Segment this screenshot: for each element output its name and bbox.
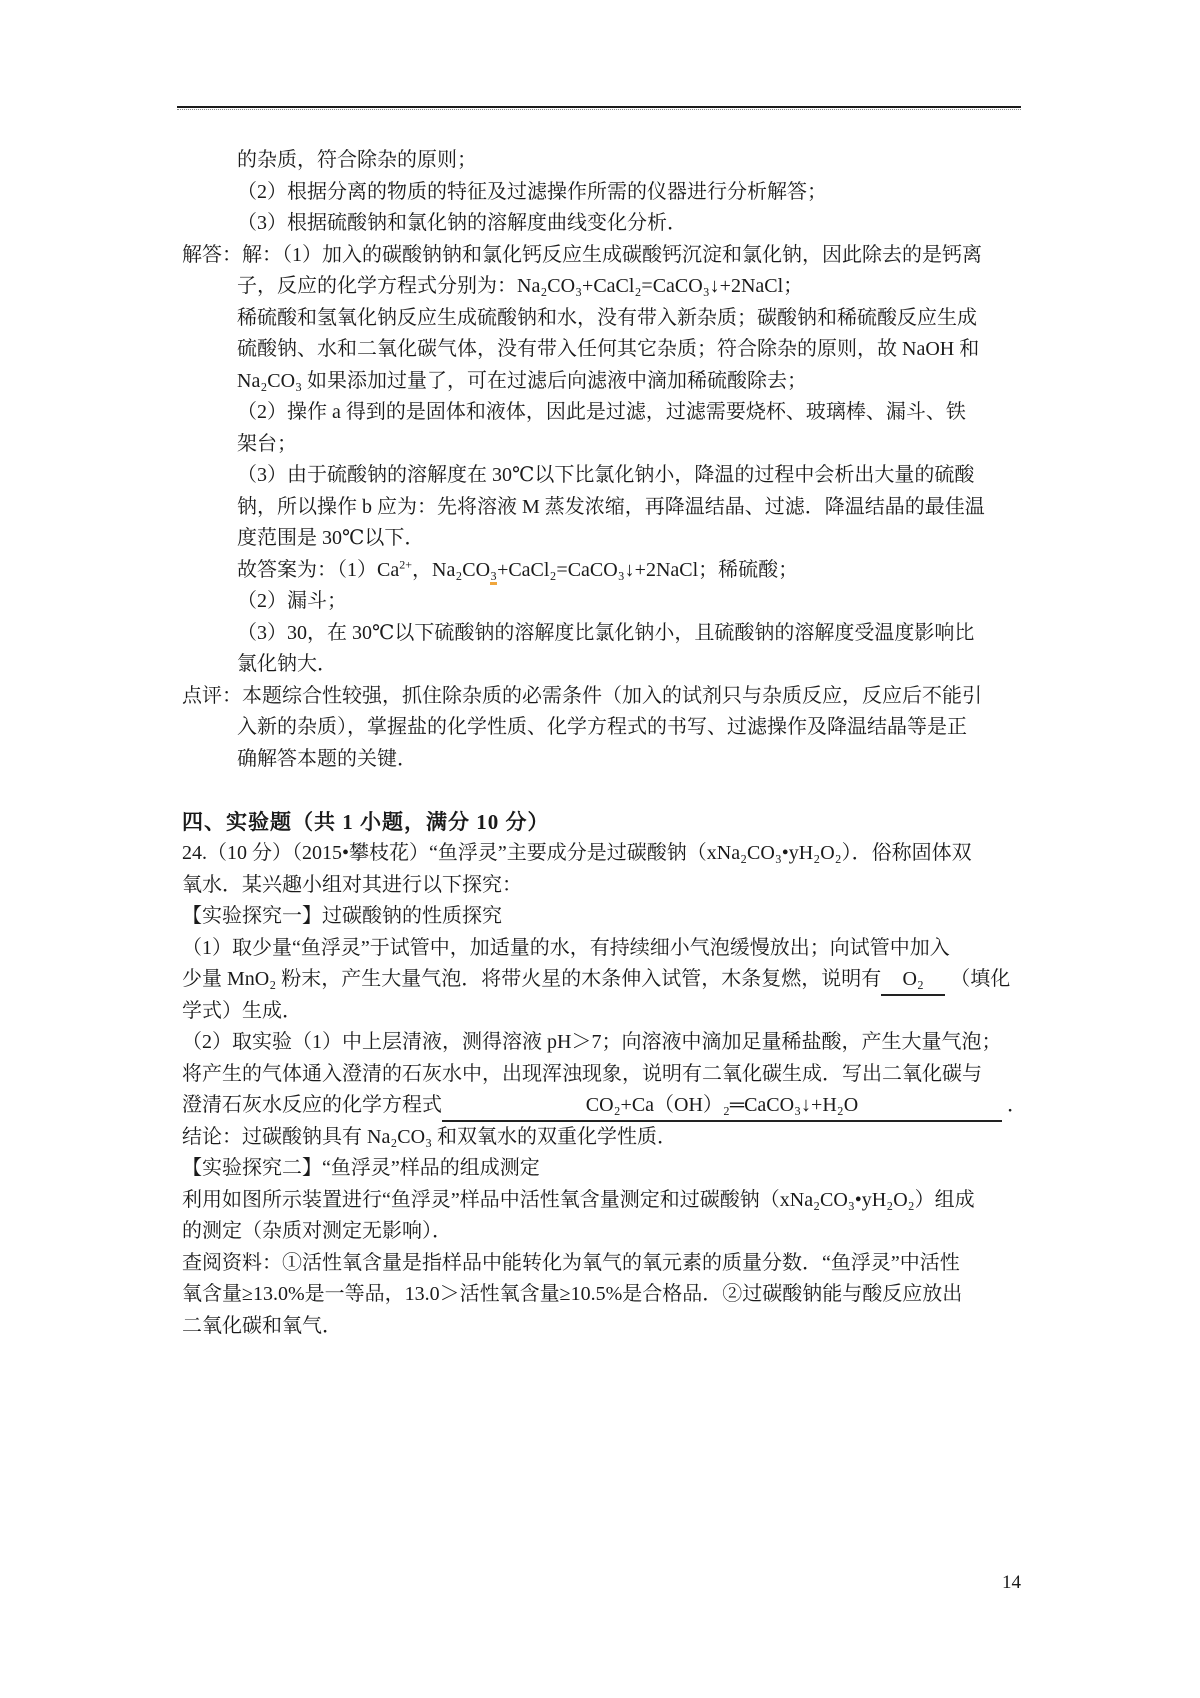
question-line: 氧水．某兴趣小组对其进行以下探究：: [182, 870, 1142, 902]
answer-line: （2）操作 a 得到的是固体和液体，因此是过滤，过滤需要烧杯、玻璃棒、漏斗、铁: [182, 397, 1142, 429]
final-answer-line: 故答案为：（1）Ca2+，Na₂CO₃+CaCl₂=CaCO₃↓+2NaCl；稀…: [182, 555, 1142, 587]
answer-line: 解：（1）加入的碳酸钠钠和氯化钙反应生成碳酸钙沉淀和氯化钠，因此除去的是钙离: [242, 244, 982, 266]
answer-line: （3）30，在 30℃以下硫酸钠的溶解度比氯化钠小，且硫酸钠的溶解度受温度影响比: [182, 618, 1142, 650]
question-line: 的测定（杂质对测定无影响）．: [182, 1216, 1142, 1248]
question-text: ．: [1007, 1094, 1027, 1116]
answer-line: （2）漏斗；: [182, 586, 1142, 618]
document-page: 的杂质，符合除杂的原则； （2）根据分离的物质的特征及过滤操作所需的仪器进行分析…: [0, 0, 1200, 1698]
comment-line: 入新的杂质），掌握盐的化学性质、化学方程式的书写、过滤操作及降温结晶等是正: [182, 712, 1142, 744]
analysis-line: （2）根据分离的物质的特征及过滤操作所需的仪器进行分析解答；: [182, 177, 1142, 209]
question-line: 氧含量≥13.0%是一等品，13.0＞活性氧含量≥10.5%是合格品．②过碳酸钠…: [182, 1279, 1142, 1311]
comment-label: 点评：: [182, 685, 242, 707]
question-line-with-blank: 澄清石灰水反应的化学方程式CO₂+Ca（OH）₂═CaCO₃↓+H₂O ．: [182, 1090, 1142, 1122]
superscript-charge: 2+: [399, 557, 412, 571]
final-answer-text: ，Na₂CO: [412, 559, 490, 581]
answer-line: 氯化钠大．: [182, 649, 1142, 681]
question-line: （2）取实验（1）中上层清液，测得溶液 pH＞7；向溶液中滴加足量稀盐酸，产生大…: [182, 1027, 1142, 1059]
analysis-line: 的杂质，符合除杂的原则；: [182, 145, 1142, 177]
answer-line: 度范围是 30℃以下．: [182, 523, 1142, 555]
page-number: 14: [1002, 1572, 1021, 1594]
answer-line: 硫酸钠、水和二氧化碳气体，没有带入任何其它杂质；符合除杂的原则，故 NaOH 和: [182, 334, 1142, 366]
document-body: 的杂质，符合除杂的原则； （2）根据分离的物质的特征及过滤操作所需的仪器进行分析…: [182, 145, 1142, 1342]
fill-blank-o2: O₂: [881, 965, 945, 996]
answer-line: 架台；: [182, 429, 1142, 461]
fill-blank-equation: CO₂+Ca（OH）₂═CaCO₃↓+H₂O: [442, 1091, 1002, 1122]
question-text: 少量 MnO₂ 粉末，产生大量气泡．将带火星的木条伸入试管，木条复燃，说明有: [182, 968, 881, 990]
question-line: 二氧化碳和氧气．: [182, 1311, 1142, 1343]
comment-line: 确解答本题的关键．: [182, 744, 1142, 776]
spell-marked-subscript: ₃: [490, 559, 497, 585]
question-line: 学式）生成．: [182, 996, 1142, 1028]
comment-line: 本题综合性较强，抓住除杂质的必需条件（加入的试剂只与杂质反应，反应后不能引: [242, 685, 982, 707]
question-text: （填化: [950, 968, 1010, 990]
question-text: 澄清石灰水反应的化学方程式: [182, 1094, 442, 1116]
answer-line: （3）由于硫酸钠的溶解度在 30℃以下比氯化钠小，降温的过程中会析出大量的硫酸: [182, 460, 1142, 492]
question-line: 利用如图所示装置进行“鱼浮灵”样品中活性氧含量测定和过碳酸钠（xNa₂CO₃•y…: [182, 1185, 1142, 1217]
answer-line: 钠，所以操作 b 应为：先将溶液 M 蒸发浓缩，再降温结晶、过滤．降温结晶的最佳…: [182, 492, 1142, 524]
exp2-heading: 【实验探究二】“鱼浮灵”样品的组成测定: [182, 1153, 1142, 1185]
question-line: 将产生的气体通入澄清的石灰水中，出现浑浊现象，说明有二氧化碳生成．写出二氧化碳与: [182, 1059, 1142, 1091]
answer-label: 解答：: [182, 244, 242, 266]
section-heading: 四、实验题（共 1 小题，满分 10 分）: [182, 807, 1142, 839]
answer-first-line: 解答：解：（1）加入的碳酸钠钠和氯化钙反应生成碳酸钙沉淀和氯化钠，因此除去的是钙…: [182, 240, 1142, 272]
answer-line: 稀硫酸和氢氧化钠反应生成硫酸钠和水，没有带入新杂质；碳酸钠和稀硫酸反应生成: [182, 303, 1142, 335]
question-line: （1）取少量“鱼浮灵”于试管中，加适量的水，有持续细小气泡缓慢放出；向试管中加入: [182, 933, 1142, 965]
blank-line: [182, 775, 1142, 807]
question-line: 结论：过碳酸钠具有 Na₂CO₃ 和双氧水的双重化学性质．: [182, 1122, 1142, 1154]
question-line: 24.（10 分）（2015•攀枝花）“鱼浮灵”主要成分是过碳酸钠（xNa₂CO…: [182, 838, 1142, 870]
final-answer-text: +CaCl₂=CaCO₃↓+2NaCl；稀硫酸；: [497, 559, 798, 581]
header-rule: [177, 106, 1021, 110]
answer-line: 子，反应的化学方程式分别为：Na₂CO₃+CaCl₂=CaCO₃↓+2NaCl；: [182, 271, 1142, 303]
exp1-heading: 【实验探究一】过碳酸钠的性质探究: [182, 901, 1142, 933]
answer-line: Na₂CO₃ 如果添加过量了，可在过滤后向滤液中滴加稀硫酸除去；: [182, 366, 1142, 398]
comment-first-line: 点评：本题综合性较强，抓住除杂质的必需条件（加入的试剂只与杂质反应，反应后不能引: [182, 681, 1142, 713]
question-line-with-blank: 少量 MnO₂ 粉末，产生大量气泡．将带火星的木条伸入试管，木条复燃，说明有O₂…: [182, 964, 1142, 996]
question-line: 查阅资料：①活性氧含量是指样品中能转化为氧气的氧元素的质量分数．“鱼浮灵”中活性: [182, 1248, 1142, 1280]
final-answer-text: 故答案为：（1）Ca: [237, 559, 399, 581]
analysis-line: （3）根据硫酸钠和氯化钠的溶解度曲线变化分析．: [182, 208, 1142, 240]
